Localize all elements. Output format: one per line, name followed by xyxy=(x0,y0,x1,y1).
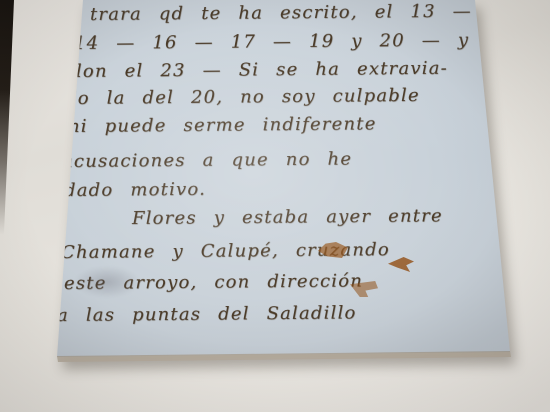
photo-of-handwritten-letter: trara qd te ha escrito, el 13 — 14 — 16 … xyxy=(0,0,550,412)
handwriting-line-1: trara qd te ha escrito, el 13 — xyxy=(90,0,472,27)
handwriting-line-5: ni puede serme indiferente xyxy=(68,112,377,139)
handwriting-line-4: do la del 20, no soy culpable xyxy=(65,84,420,111)
letter-paper-wrap: trara qd te ha escrito, el 13 — 14 — 16 … xyxy=(0,0,550,412)
handwriting-line-8: Flores y estaba ayer entre xyxy=(132,204,443,231)
letter-paper: trara qd te ha escrito, el 13 — 14 — 16 … xyxy=(0,0,550,412)
handwriting-line-11: a las puntas del Saladillo xyxy=(57,301,357,328)
ink-blot-arrow xyxy=(388,257,414,272)
handwriting-line-6: acusaciones a que no he xyxy=(62,147,352,174)
pencil-scribble xyxy=(74,266,140,298)
handwriting-line-7: dado motivo. xyxy=(64,178,206,203)
handwriting-line-3: llon el 23 — Si se ha extravia- xyxy=(69,57,448,84)
handwriting-line-2: 14 — 16 — 17 — 19 y 20 — y Jº Pamp- xyxy=(74,28,550,56)
